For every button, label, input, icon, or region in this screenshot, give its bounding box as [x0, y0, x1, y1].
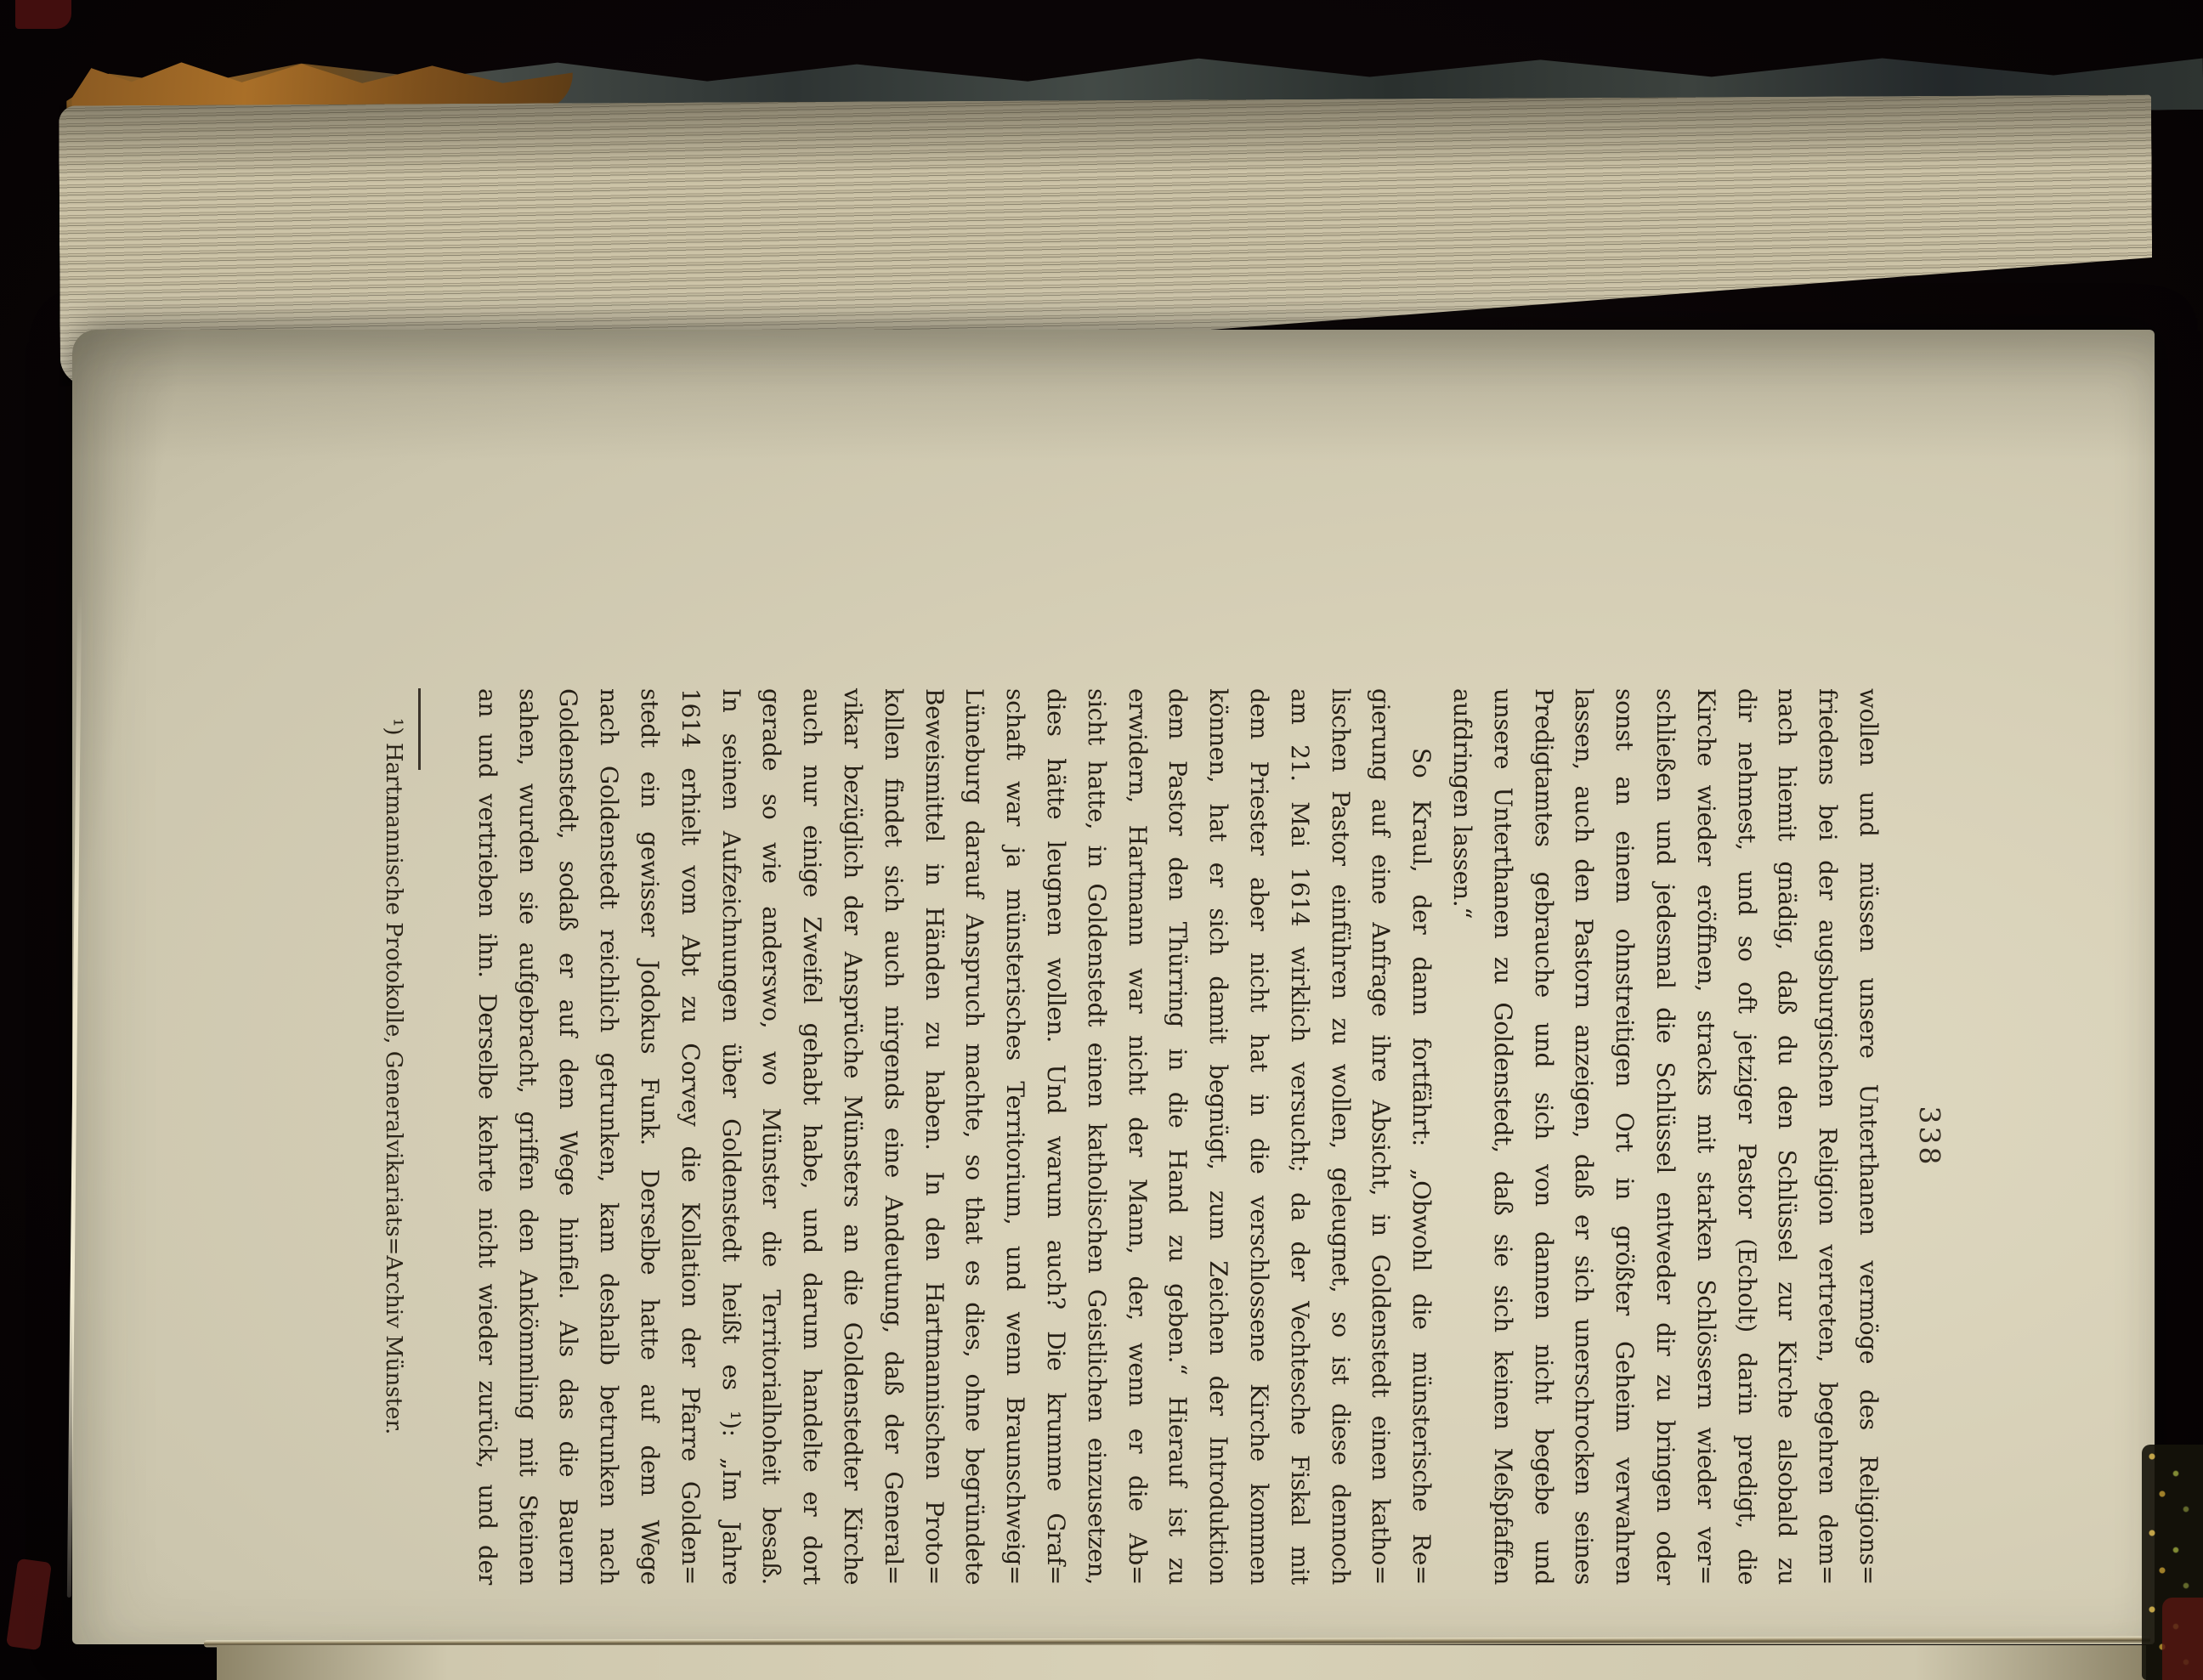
- paragraph-1: wollen und müssen unsere Unterthanen ver…: [1441, 688, 1889, 1585]
- text-line: Predigtamtes gebrauche und sich von dann…: [1523, 688, 1564, 1585]
- paragraph-2: So Kraul, der dann fortfährt: „Obwohl di…: [467, 688, 1441, 1585]
- text-line: lassen, auch den Pastorn anzeigen, daß e…: [1564, 688, 1605, 1585]
- text-line: stedt ein gewisser Jodokus Funk. Derselb…: [629, 688, 670, 1585]
- text-line: friedens bei der augsburgischen Religion…: [1807, 688, 1848, 1585]
- text-line: sahen, wurden sie aufgebracht, griffen d…: [507, 688, 548, 1585]
- cover-red-sliver-left: [6, 1558, 52, 1651]
- text-line: schließen und jedesmal die Schlüssel ent…: [1645, 688, 1685, 1585]
- text-line: sicht hatte, in Goldenstedt einen kathol…: [1076, 688, 1117, 1585]
- text-line: können, hat er sich damit begnügt, zum Z…: [1198, 688, 1238, 1585]
- text-line: schaft war ja münsterisches Territorium,…: [994, 688, 1035, 1585]
- text-line: auch nur einige Zweifel gehabt habe, und…: [791, 688, 832, 1585]
- text-line: 1614 erhielt vom Abt zu Corvey die Kolla…: [670, 688, 711, 1585]
- text-line: nach Goldenstedt reichlich getrunken, ka…: [589, 688, 630, 1585]
- text-line: gerade so wie anderswo, wo Münster die T…: [751, 688, 792, 1585]
- text-line: erwidern, Hartmann war nicht der Mann, d…: [1117, 688, 1158, 1585]
- footnote-rule: [418, 688, 421, 770]
- text-line: unsere Unterthanen zu Goldenstedt, daß s…: [1482, 688, 1523, 1585]
- text-line: wollen und müssen unsere Unterthanen ver…: [1848, 688, 1889, 1585]
- text-line: vikar bezüglich der Ansprüche Münsters a…: [832, 688, 873, 1585]
- facing-page-strip: [217, 1645, 2146, 1680]
- text-line: Lüneburg darauf Anspruch machte, so that…: [954, 688, 995, 1585]
- text-line: dem Priester aber nicht hat in die versc…: [1238, 688, 1279, 1585]
- text-line: dies hätte leugnen wollen. Und warum auc…: [1035, 688, 1076, 1585]
- text-line: So Kraul, der dann fortfährt: „Obwohl di…: [1401, 688, 1441, 1585]
- text-line: am 21. Mai 1614 wirklich versucht; da de…: [1279, 688, 1320, 1585]
- text-line: kollen findet sich auch nirgends eine An…: [873, 688, 914, 1585]
- cover-red-corner-top-left: [15, 0, 71, 29]
- text-line: gierung auf eine Anfrage ihre Absicht, i…: [1361, 688, 1402, 1585]
- text-line: In seinen Aufzeichnungen über Goldensted…: [711, 688, 751, 1585]
- text-line: lischen Pastor einführen zu wollen, gele…: [1320, 688, 1361, 1585]
- text-line: an und vertrieben ihn. Derselbe kehrte n…: [467, 688, 507, 1585]
- text-line: Goldenstedt, sodaß er auf dem Wege hinfi…: [548, 688, 589, 1585]
- text-line: Beweismittel in Händen zu haben. In den …: [914, 688, 954, 1585]
- text-line: dir nehmest, und so oft jetziger Pastor …: [1726, 688, 1767, 1585]
- book-photo: 338 wollen und müssen unsere Unterthanen…: [0, 0, 2203, 1680]
- cover-red-corner-bottom-right: [2162, 1598, 2203, 1680]
- page-content-rotated: 338 wollen und müssen unsere Unterthanen…: [348, 688, 1946, 1585]
- text-line: dem Pastor den Thürring in die Hand zu g…: [1158, 688, 1198, 1585]
- text-line: Kirche wieder eröffnen, stracks mit star…: [1685, 688, 1726, 1585]
- text-line: aufdringen lassen.“: [1441, 688, 1482, 1585]
- footnote-text: ¹) Hartmannische Protokolle, Generalvika…: [379, 688, 408, 1585]
- text-line: sonst an einem ohnstreitigen Ort in größ…: [1604, 688, 1645, 1585]
- text-line: nach hiemit gnädig, daß du den Schlüssel…: [1767, 688, 1808, 1585]
- page-number: 338: [1912, 688, 1946, 1585]
